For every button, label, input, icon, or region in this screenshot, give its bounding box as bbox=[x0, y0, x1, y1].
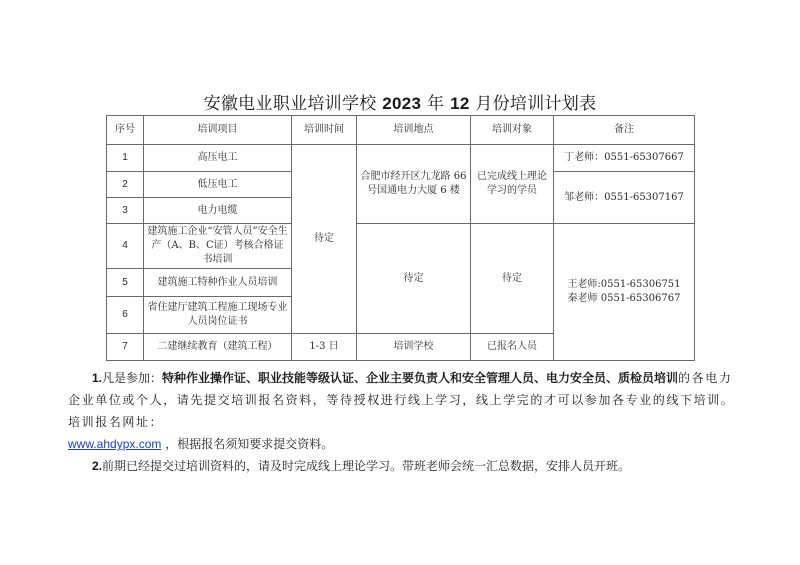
remark-cell: 丁老师：0551-65307667 bbox=[554, 145, 695, 172]
target-cell: 已完成线上理论学习的学员 bbox=[471, 145, 554, 224]
note-1-lead: 凡是参加： bbox=[102, 371, 162, 385]
note-2-number: 2. bbox=[92, 459, 102, 473]
note-1-tail: ，根据报名须知要求提交资料。 bbox=[165, 437, 333, 451]
row-no: 6 bbox=[107, 297, 144, 334]
location-cell: 培训学校 bbox=[357, 334, 471, 361]
note-1-link-line: www.ahdypx.com ，根据报名须知要求提交资料。 bbox=[68, 433, 736, 455]
title-suffix: 月份培训计划表 bbox=[475, 94, 596, 114]
training-plan-table: 序号 培训项目 培训时间 培训地点 培训对象 备注 1 高压电工 待定 合肥市经… bbox=[106, 115, 695, 361]
row-course: 低压电工 bbox=[144, 172, 292, 198]
note-1-number: 1. bbox=[92, 371, 102, 385]
row-course: 省住建厅建筑工程施工现场专业人员岗位证书 bbox=[144, 297, 292, 334]
header-course: 培训项目 bbox=[144, 116, 292, 145]
note-1: 1.凡是参加：特种作业操作证、职业技能等级认证、企业主要负责人和安全管理人员、电… bbox=[68, 367, 736, 433]
notes-section: 1.凡是参加：特种作业操作证、职业技能等级认证、企业主要负责人和安全管理人员、电… bbox=[68, 367, 736, 477]
note-2-text: 前期已经提交过培训资料的，请及时完成线上理论学习。带班老师会统一汇总数据，安排人… bbox=[102, 459, 630, 473]
header-no: 序号 bbox=[107, 116, 144, 145]
remark-line: 王老师:0551-65306751 bbox=[557, 278, 691, 292]
title-prefix: 安徽电业职业培训学校 bbox=[204, 94, 377, 114]
table-row: 4 建筑施工企业“安管人员”安全生产（A、B、C证）考核合格证书培训 待定 待定… bbox=[107, 224, 695, 269]
location-cell: 合肥市经开区九龙路 66 号国通电力大厦 6 楼 bbox=[357, 145, 471, 224]
row-course: 建筑施工企业“安管人员”安全生产（A、B、C证）考核合格证书培训 bbox=[144, 224, 292, 269]
remark-cell: 邹老师：0551-65307167 bbox=[554, 172, 695, 224]
row-no: 3 bbox=[107, 198, 144, 224]
row-no: 7 bbox=[107, 334, 144, 361]
row-course: 二建继续教育（建筑工程） bbox=[144, 334, 292, 361]
remark-line: 秦老师 0551-65306767 bbox=[557, 292, 691, 306]
target-cell: 待定 bbox=[471, 224, 554, 334]
remark-cell: 王老师:0551-65306751 秦老师 0551-65306767 bbox=[554, 224, 695, 361]
page-title: 安徽电业职业培训学校 2023 年 12 月份培训计划表 bbox=[0, 89, 800, 114]
title-year-unit: 年 bbox=[427, 94, 444, 114]
time-cell: 1-3 日 bbox=[292, 334, 357, 361]
row-no: 5 bbox=[107, 269, 144, 297]
note-2: 2.前期已经提交过培训资料的，请及时完成线上理论学习。带班老师会统一汇总数据，安… bbox=[68, 455, 736, 477]
row-course: 电力电缆 bbox=[144, 198, 292, 224]
header-target: 培训对象 bbox=[471, 116, 554, 145]
row-no: 1 bbox=[107, 145, 144, 172]
row-course: 建筑施工特种作业人员培训 bbox=[144, 269, 292, 297]
note-1-bold-items: 特种作业操作证、职业技能等级认证、企业主要负责人和安全管理人员、电力安全员、质检… bbox=[162, 371, 678, 385]
table-row: 1 高压电工 待定 合肥市经开区九龙路 66 号国通电力大厦 6 楼 已完成线上… bbox=[107, 145, 695, 172]
time-cell: 待定 bbox=[292, 145, 357, 334]
row-no: 2 bbox=[107, 172, 144, 198]
registration-link[interactable]: www.ahdypx.com bbox=[68, 437, 161, 451]
row-no: 4 bbox=[107, 224, 144, 269]
location-cell: 待定 bbox=[357, 224, 471, 334]
title-year: 2023 bbox=[382, 94, 421, 113]
row-course: 高压电工 bbox=[144, 145, 292, 172]
title-month: 12 bbox=[450, 94, 470, 113]
header-time: 培训时间 bbox=[292, 116, 357, 145]
header-location: 培训地点 bbox=[357, 116, 471, 145]
table-header-row: 序号 培训项目 培训时间 培训地点 培训对象 备注 bbox=[107, 116, 695, 145]
header-remark: 备注 bbox=[554, 116, 695, 145]
target-cell: 已报名人员 bbox=[471, 334, 554, 361]
